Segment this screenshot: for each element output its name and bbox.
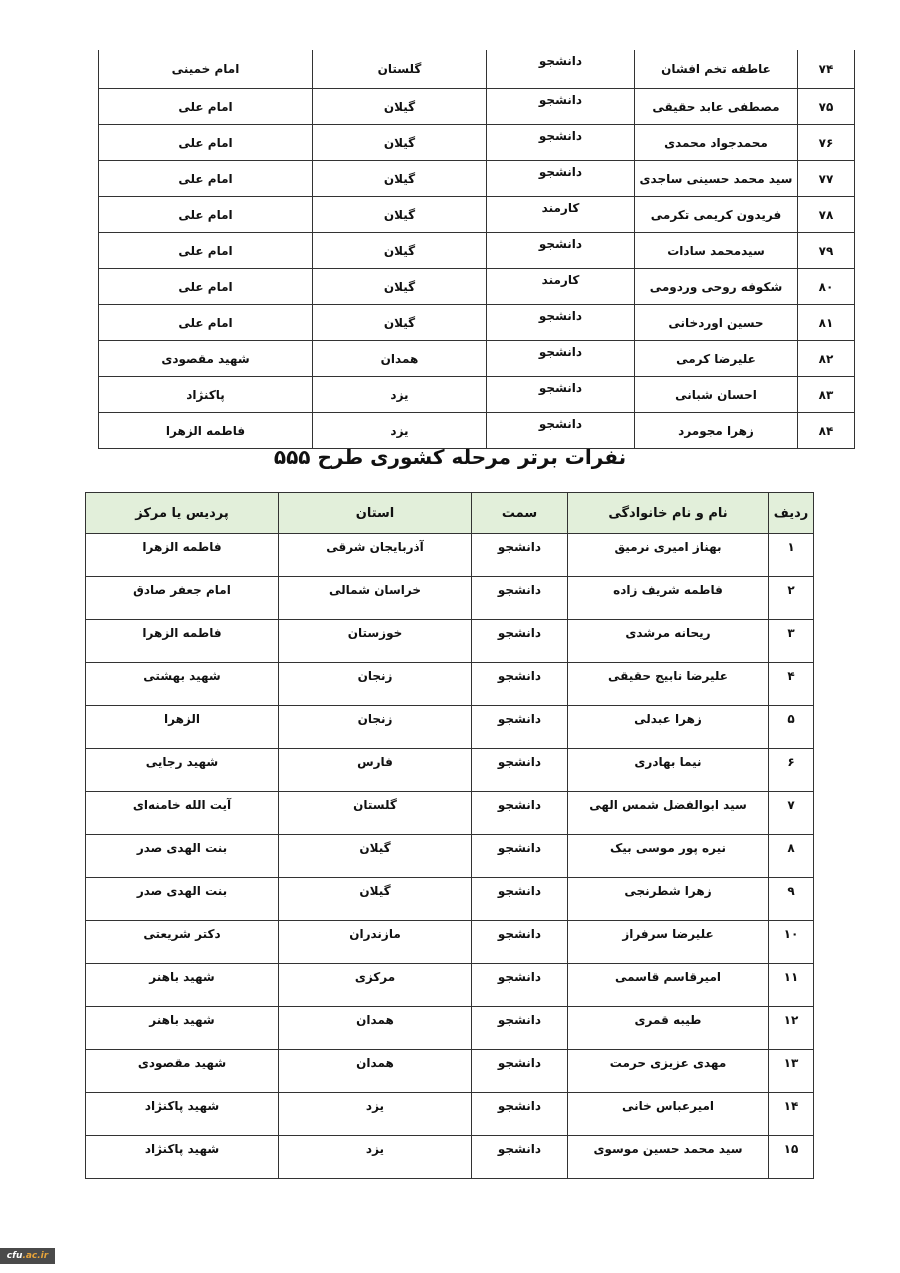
campus-cell: دکتر شریعتی bbox=[86, 921, 279, 964]
person-role-cell: دانشجو bbox=[487, 341, 635, 377]
row-index-cell: ۸۳ bbox=[798, 377, 855, 413]
province-cell: گیلان bbox=[313, 89, 487, 125]
person-name-cell: حسین اوردخانی bbox=[635, 305, 798, 341]
person-name-cell: فریدون کریمی تکرمی bbox=[635, 197, 798, 233]
person-role-cell: دانشجو bbox=[472, 964, 568, 1007]
province-cell: یزد bbox=[279, 1093, 472, 1136]
person-name-cell: نیره پور موسی بیک bbox=[568, 835, 769, 878]
person-role-cell: دانشجو bbox=[472, 878, 568, 921]
person-role-cell: دانشجو bbox=[472, 577, 568, 620]
table-row: ۱۲طیبه قمریدانشجوهمدانشهید باهنر bbox=[86, 1007, 814, 1050]
header-province: استان bbox=[279, 493, 472, 534]
person-name-cell: محمدجواد محمدی bbox=[635, 125, 798, 161]
province-cell: یزد bbox=[313, 377, 487, 413]
person-name-cell: سید محمد حسین موسوی bbox=[568, 1136, 769, 1179]
header-role: سمت bbox=[472, 493, 568, 534]
row-index-cell: ۳ bbox=[769, 620, 814, 663]
province-cell: گیلان bbox=[313, 233, 487, 269]
watermark-suffix: .ac.ir bbox=[22, 1251, 48, 1261]
row-index-cell: ۷۵ bbox=[798, 89, 855, 125]
table-row: ۱۰علیرضا سرفرازدانشجومازندراندکتر شریعتی bbox=[86, 921, 814, 964]
province-cell: زنجان bbox=[279, 663, 472, 706]
campus-cell: شهید مقصودی bbox=[99, 341, 313, 377]
person-role-cell: دانشجو bbox=[472, 921, 568, 964]
row-index-cell: ۱۲ bbox=[769, 1007, 814, 1050]
table-row: ۷۷سید محمد حسینی ساجدیدانشجوگیلانامام عل… bbox=[99, 161, 855, 197]
table-row: ۷۴عاطفه تخم افشاندانشجوگلستانامام خمینی bbox=[99, 50, 855, 89]
header-index: ردیف bbox=[769, 493, 814, 534]
province-cell: گیلان bbox=[279, 878, 472, 921]
province-cell: گیلان bbox=[279, 835, 472, 878]
province-cell: یزد bbox=[313, 413, 487, 449]
row-index-cell: ۱ bbox=[769, 534, 814, 577]
person-role-cell: دانشجو bbox=[472, 835, 568, 878]
table-row: ۳ریحانه مرشدیدانشجوخوزستانفاطمه الزهرا bbox=[86, 620, 814, 663]
person-role-cell: دانشجو bbox=[487, 233, 635, 269]
campus-cell: شهید پاکنژاد bbox=[86, 1093, 279, 1136]
campus-cell: شهید رجایی bbox=[86, 749, 279, 792]
province-cell: خراسان شمالی bbox=[279, 577, 472, 620]
province-cell: همدان bbox=[313, 341, 487, 377]
person-role-cell: دانشجو bbox=[472, 1050, 568, 1093]
person-role-cell: دانشجو bbox=[487, 377, 635, 413]
person-role-cell: کارمند bbox=[487, 269, 635, 305]
campus-cell: شهید باهنر bbox=[86, 1007, 279, 1050]
table-row: ۱۵سید محمد حسین موسویدانشجویزدشهید پاکنژ… bbox=[86, 1136, 814, 1179]
table-row: ۷۶محمدجواد محمدیدانشجوگیلانامام علی bbox=[99, 125, 855, 161]
row-index-cell: ۸۴ bbox=[798, 413, 855, 449]
person-role-cell: دانشجو bbox=[472, 620, 568, 663]
province-cell: مازندران bbox=[279, 921, 472, 964]
table-row: ۸نیره پور موسی بیکدانشجوگیلانبنت الهدی ص… bbox=[86, 835, 814, 878]
row-index-cell: ۱۴ bbox=[769, 1093, 814, 1136]
person-name-cell: امیرعباس خانی bbox=[568, 1093, 769, 1136]
province-cell: همدان bbox=[279, 1007, 472, 1050]
table-row: ۹زهرا شطرنجیدانشجوگیلانبنت الهدی صدر bbox=[86, 878, 814, 921]
table-row: ۶نیما بهادریدانشجوفارسشهید رجایی bbox=[86, 749, 814, 792]
person-name-cell: علیرضا نابیج حقیقی bbox=[568, 663, 769, 706]
watermark-prefix: cfu bbox=[7, 1251, 23, 1261]
person-name-cell: احسان شبانی bbox=[635, 377, 798, 413]
campus-cell: آیت الله خامنه‌ای bbox=[86, 792, 279, 835]
campus-cell: امام علی bbox=[99, 197, 313, 233]
province-cell: گلستان bbox=[313, 50, 487, 89]
province-cell: فارس bbox=[279, 749, 472, 792]
table-row: ۸۴زهرا مجومرددانشجویزدفاطمه الزهرا bbox=[99, 413, 855, 449]
row-index-cell: ۹ bbox=[769, 878, 814, 921]
person-role-cell: دانشجو bbox=[487, 305, 635, 341]
person-name-cell: بهناز امیری نرمیق bbox=[568, 534, 769, 577]
campus-cell: فاطمه الزهرا bbox=[99, 413, 313, 449]
table-row: ۷۹سیدمحمد ساداتدانشجوگیلانامام علی bbox=[99, 233, 855, 269]
person-name-cell: سیدمحمد سادات bbox=[635, 233, 798, 269]
person-name-cell: طیبه قمری bbox=[568, 1007, 769, 1050]
table-row: ۸۰شکوفه روحی وردومیکارمندگیلانامام علی bbox=[99, 269, 855, 305]
person-name-cell: امیرقاسم قاسمی bbox=[568, 964, 769, 1007]
campus-cell: امام جعفر صادق bbox=[86, 577, 279, 620]
person-name-cell: مهدی عزیزی حرمت bbox=[568, 1050, 769, 1093]
row-index-cell: ۱۵ bbox=[769, 1136, 814, 1179]
person-role-cell: دانشجو bbox=[472, 534, 568, 577]
table-row: ۱بهناز امیری نرمیقدانشجوآذربایجان شرقیفا… bbox=[86, 534, 814, 577]
person-name-cell: زهرا شطرنجی bbox=[568, 878, 769, 921]
campus-cell: امام خمینی bbox=[99, 50, 313, 89]
person-name-cell: علیرضا کرمی bbox=[635, 341, 798, 377]
table-row: ۸۱حسین اوردخانیدانشجوگیلانامام علی bbox=[99, 305, 855, 341]
row-index-cell: ۱۰ bbox=[769, 921, 814, 964]
table-row: ۸۲علیرضا کرمیدانشجوهمدانشهید مقصودی bbox=[99, 341, 855, 377]
person-role-cell: دانشجو bbox=[487, 89, 635, 125]
person-role-cell: دانشجو bbox=[487, 413, 635, 449]
person-name-cell: زهرا عبدلی bbox=[568, 706, 769, 749]
province-cell: گیلان bbox=[313, 305, 487, 341]
table-row: ۱۴امیرعباس خانیدانشجویزدشهید پاکنژاد bbox=[86, 1093, 814, 1136]
person-role-cell: دانشجو bbox=[472, 1093, 568, 1136]
person-role-cell: دانشجو bbox=[472, 792, 568, 835]
campus-cell: شهید مقصودی bbox=[86, 1050, 279, 1093]
campus-cell: امام علی bbox=[99, 233, 313, 269]
row-index-cell: ۴ bbox=[769, 663, 814, 706]
row-index-cell: ۸۰ bbox=[798, 269, 855, 305]
row-index-cell: ۲ bbox=[769, 577, 814, 620]
table-row: ۴علیرضا نابیج حقیقیدانشجوزنجانشهید بهشتی bbox=[86, 663, 814, 706]
campus-cell: امام علی bbox=[99, 161, 313, 197]
table-row: ۱۱امیرقاسم قاسمیدانشجومرکزیشهید باهنر bbox=[86, 964, 814, 1007]
table-row: ۱۳مهدی عزیزی حرمتدانشجوهمدانشهید مقصودی bbox=[86, 1050, 814, 1093]
campus-cell: بنت الهدی صدر bbox=[86, 835, 279, 878]
header-campus: پردیس یا مرکز bbox=[86, 493, 279, 534]
row-index-cell: ۶ bbox=[769, 749, 814, 792]
table-row: ۷۸فریدون کریمی تکرمیکارمندگیلانامام علی bbox=[99, 197, 855, 233]
person-name-cell: شکوفه روحی وردومی bbox=[635, 269, 798, 305]
campus-cell: الزهرا bbox=[86, 706, 279, 749]
row-index-cell: ۸۱ bbox=[798, 305, 855, 341]
campus-cell: امام علی bbox=[99, 305, 313, 341]
person-role-cell: دانشجو bbox=[472, 1136, 568, 1179]
campus-cell: امام علی bbox=[99, 89, 313, 125]
person-role-cell: دانشجو bbox=[487, 50, 635, 89]
person-name-cell: ریحانه مرشدی bbox=[568, 620, 769, 663]
row-index-cell: ۸۲ bbox=[798, 341, 855, 377]
person-role-cell: کارمند bbox=[487, 197, 635, 233]
campus-cell: امام علی bbox=[99, 125, 313, 161]
row-index-cell: ۷۹ bbox=[798, 233, 855, 269]
province-cell: گلستان bbox=[279, 792, 472, 835]
person-name-cell: مصطفی عابد حقیقی bbox=[635, 89, 798, 125]
person-role-cell: دانشجو bbox=[472, 663, 568, 706]
row-index-cell: ۷ bbox=[769, 792, 814, 835]
person-name-cell: نیما بهادری bbox=[568, 749, 769, 792]
province-cell: گیلان bbox=[313, 161, 487, 197]
campus-cell: فاطمه الزهرا bbox=[86, 620, 279, 663]
person-name-cell: زهرا مجومرد bbox=[635, 413, 798, 449]
campus-cell: شهید باهنر bbox=[86, 964, 279, 1007]
person-name-cell: علیرضا سرفراز bbox=[568, 921, 769, 964]
province-cell: خوزستان bbox=[279, 620, 472, 663]
table-row: ۷سید ابوالفضل شمس الهیدانشجوگلستانآیت ال… bbox=[86, 792, 814, 835]
table-row: ۸۳احسان شبانیدانشجویزدپاکنژاد bbox=[99, 377, 855, 413]
province-cell: آذربایجان شرقی bbox=[279, 534, 472, 577]
campus-cell: پاکنژاد bbox=[99, 377, 313, 413]
province-cell: مرکزی bbox=[279, 964, 472, 1007]
province-cell: گیلان bbox=[313, 125, 487, 161]
table-row: ۷۵مصطفی عابد حقیقیدانشجوگیلانامام علی bbox=[99, 89, 855, 125]
row-index-cell: ۱۳ bbox=[769, 1050, 814, 1093]
person-name-cell: سید محمد حسینی ساجدی bbox=[635, 161, 798, 197]
person-name-cell: عاطفه تخم افشان bbox=[635, 50, 798, 89]
section-title: نفرات برتر مرحله کشوری طرح ۵۵۵ bbox=[0, 445, 900, 469]
row-index-cell: ۸ bbox=[769, 835, 814, 878]
province-cell: یزد bbox=[279, 1136, 472, 1179]
province-cell: گیلان bbox=[313, 269, 487, 305]
person-name-cell: فاطمه شریف زاده bbox=[568, 577, 769, 620]
person-role-cell: دانشجو bbox=[472, 1007, 568, 1050]
row-index-cell: ۷۶ bbox=[798, 125, 855, 161]
person-role-cell: دانشجو bbox=[472, 749, 568, 792]
header-name: نام و نام خانوادگی bbox=[568, 493, 769, 534]
province-cell: زنجان bbox=[279, 706, 472, 749]
table-row: ۲فاطمه شریف زادهدانشجوخراسان شمالیامام ج… bbox=[86, 577, 814, 620]
site-watermark: cfu.ac.ir bbox=[0, 1248, 55, 1264]
campus-cell: شهید پاکنژاد bbox=[86, 1136, 279, 1179]
person-role-cell: دانشجو bbox=[487, 125, 635, 161]
person-role-cell: دانشجو bbox=[472, 706, 568, 749]
table-header-row: ردیف نام و نام خانوادگی سمت استان پردیس … bbox=[86, 493, 814, 534]
continued-winners-table: ۷۴عاطفه تخم افشاندانشجوگلستانامام خمینی۷… bbox=[98, 50, 855, 449]
campus-cell: امام علی bbox=[99, 269, 313, 305]
row-index-cell: ۷۴ bbox=[798, 50, 855, 89]
province-cell: گیلان bbox=[313, 197, 487, 233]
person-role-cell: دانشجو bbox=[487, 161, 635, 197]
campus-cell: فاطمه الزهرا bbox=[86, 534, 279, 577]
row-index-cell: ۵ bbox=[769, 706, 814, 749]
row-index-cell: ۷۷ bbox=[798, 161, 855, 197]
campus-cell: شهید بهشتی bbox=[86, 663, 279, 706]
campus-cell: بنت الهدی صدر bbox=[86, 878, 279, 921]
row-index-cell: ۷۸ bbox=[798, 197, 855, 233]
table-row: ۵زهرا عبدلیدانشجوزنجانالزهرا bbox=[86, 706, 814, 749]
row-index-cell: ۱۱ bbox=[769, 964, 814, 1007]
province-cell: همدان bbox=[279, 1050, 472, 1093]
national-winners-table: ردیف نام و نام خانوادگی سمت استان پردیس … bbox=[85, 492, 814, 1179]
person-name-cell: سید ابوالفضل شمس الهی bbox=[568, 792, 769, 835]
